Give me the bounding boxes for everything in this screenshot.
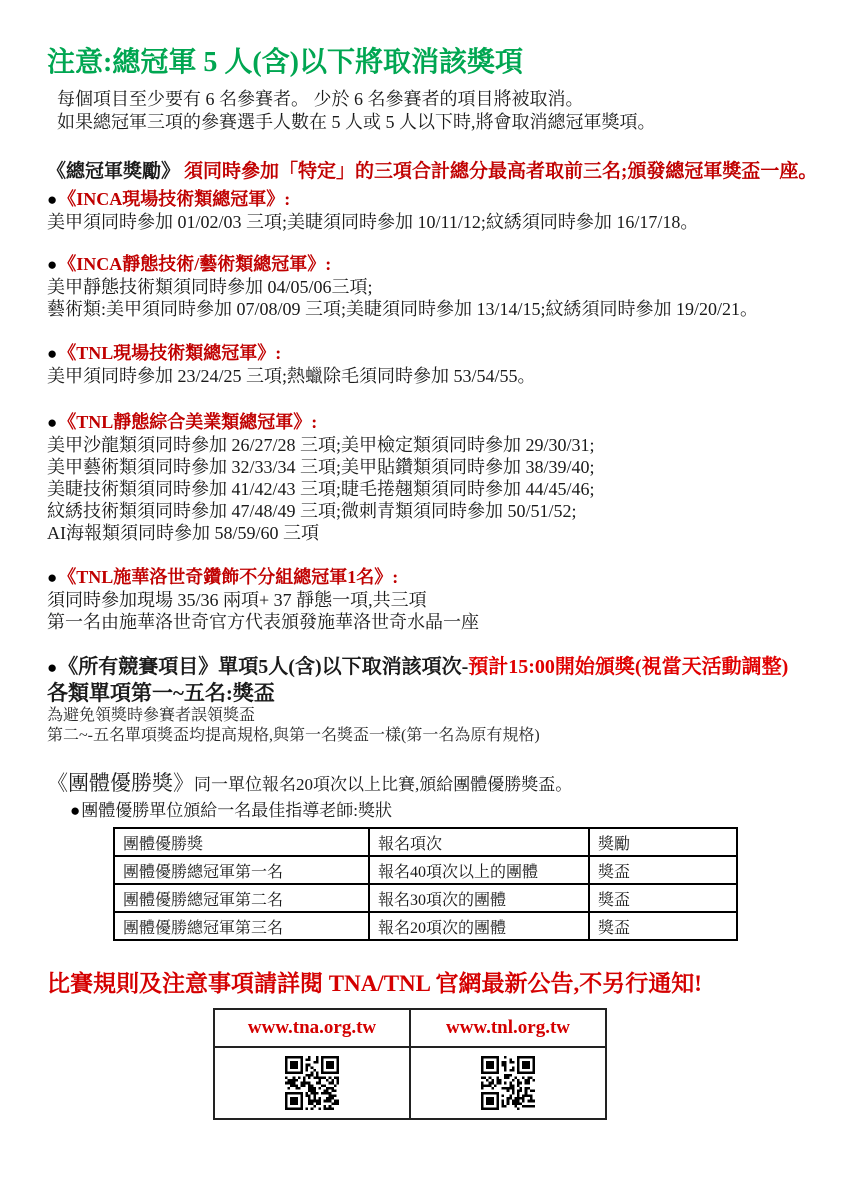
- qr-cell: [214, 1047, 410, 1119]
- bullet-icon: ●: [47, 344, 57, 363]
- table-cell: 團體優勝總冠軍第一名: [114, 856, 369, 884]
- section-heading: 《INCA靜態技術/藝術類總冠軍》:: [58, 254, 331, 274]
- section-line: 藝術類:美甲須同時參加 07/08/09 三項;美睫須同時參加 13/14/15…: [47, 298, 821, 320]
- section-line: 美甲須同時參加 01/02/03 三項;美睫須同時參加 10/11/12;紋綉須…: [47, 211, 821, 233]
- section-line: 紋綉技術類須同時參加 47/48/49 三項;微刺青類須同時參加 50/51/5…: [47, 500, 821, 522]
- bullet-icon: ●: [47, 658, 57, 677]
- section-heading-row: ●《TNL施華洛世奇鑽飾不分組總冠軍1名》:: [47, 566, 821, 589]
- table-header-cell: 團體優勝獎: [114, 828, 369, 856]
- champion-award-line: 《總冠軍獎勵》須同時參加「特定」的三項合計總分最高者取前三名;頒發總冠軍獎盃一座…: [47, 160, 821, 183]
- section-tnl-static-champion: ●《TNL靜態綜合美業類總冠軍》: 美甲沙龍類須同時參加 26/27/28 三項…: [47, 411, 821, 544]
- section-heading-row: ●《INCA靜態技術/藝術類總冠軍》:: [47, 253, 821, 276]
- qr-code-tnl: [412, 1056, 604, 1110]
- single-event-prize-subtitle: 各類單項第一~五名:獎盃: [47, 680, 821, 706]
- section-tnl-swarovski-champion: ●《TNL施華洛世奇鑽飾不分組總冠軍1名》: 須同時參加現場 35/36 兩項+…: [47, 566, 821, 633]
- section-line: 須同時參加現場 35/36 兩項+ 37 靜態一項,共三項: [47, 589, 821, 611]
- champion-award-label: 《總冠軍獎勵》: [47, 161, 180, 182]
- intro-line-2: 如果總冠軍三項的參賽選手人數在 5 人或 5 人以下時,將會取消總冠軍獎項。: [57, 111, 821, 134]
- intro-paragraph: 每個項目至少要有 6 名參賽者。 少於 6 名參賽者的項目將被取消。 如果總冠軍…: [47, 88, 821, 134]
- table-cell: 獎盃: [589, 912, 737, 940]
- section-heading: 《TNL施華洛世奇鑽飾不分組總冠軍1名》:: [58, 567, 398, 587]
- bullet-icon: ●: [47, 413, 57, 432]
- tnl-website-url: www.tnl.org.tw: [410, 1009, 606, 1047]
- prize-note-1: 為避免領獎時參賽者誤領獎盃: [47, 706, 821, 726]
- section-line: 美甲靜態技術類須同時參加 04/05/06三項;: [47, 276, 821, 298]
- all-events-red-text: 預計15:00開始頒獎(視當天活動調整): [468, 656, 788, 678]
- table-cell: 報名30項次的團體: [369, 884, 589, 912]
- team-award-note-text: 團體優勝單位頒給一名最佳指導老師:獎狀: [81, 801, 392, 820]
- page-title: 注意:總冠軍 5 人(含)以下將取消該獎項: [47, 44, 821, 82]
- section-inca-live-champion: ●《INCA現場技術類總冠軍》: 美甲須同時參加 01/02/03 三項;美睫須…: [47, 188, 821, 233]
- table-cell: 團體優勝總冠軍第三名: [114, 912, 369, 940]
- section-heading-row: ●《TNL靜態綜合美業類總冠軍》:: [47, 411, 821, 434]
- website-qr-table: www.tna.org.tw www.tnl.org.tw: [213, 1008, 607, 1120]
- all-events-rule-line: ●《所有競賽項目》單項5人(含)以下取消該項次-預計15:00開始頒獎(視當天活…: [47, 655, 821, 680]
- section-line: AI海報類須同時參加 58/59/60 三項: [47, 522, 821, 544]
- section-heading: 《INCA現場技術類總冠軍》:: [58, 189, 290, 209]
- website-qr-row: [214, 1047, 606, 1119]
- qr-code-tna: [216, 1056, 408, 1110]
- footer-notice: 比賽規則及注意事項請詳閱 TNA/TNL 官網最新公告,不另行通知!: [47, 969, 821, 999]
- bullet-icon: ●: [70, 801, 80, 820]
- table-row: 團體優勝總冠軍第三名 報名20項次的團體 獎盃: [114, 912, 737, 940]
- section-heading-row: ●《INCA現場技術類總冠軍》:: [47, 188, 821, 211]
- section-heading: 《TNL靜態綜合美業類總冠軍》:: [58, 412, 317, 432]
- team-award-note: ●團體優勝單位頒給一名最佳指導老師:獎狀: [47, 799, 821, 823]
- intro-line-1: 每個項目至少要有 6 名參賽者。 少於 6 名參賽者的項目將被取消。: [57, 88, 821, 111]
- document-page: 注意:總冠軍 5 人(含)以下將取消該獎項 每個項目至少要有 6 名參賽者。 少…: [0, 0, 849, 1120]
- champion-award-text: 須同時參加「特定」的三項合計總分最高者取前三名;頒發總冠軍獎盃一座。: [184, 161, 817, 182]
- team-award-table: 團體優勝獎 報名項次 獎勵 團體優勝總冠軍第一名 報名40項次以上的團體 獎盃 …: [113, 827, 738, 941]
- all-events-black-text: 《所有競賽項目》單項5人(含)以下取消該項次-: [58, 656, 468, 678]
- section-line: 美甲須同時參加 23/24/25 三項;熱蠟除毛須同時參加 53/54/55。: [47, 365, 821, 387]
- table-row: 團體優勝總冠軍第二名 報名30項次的團體 獎盃: [114, 884, 737, 912]
- team-award-text: 同一單位報名20項次以上比賽,頒給團體優勝獎盃。: [194, 775, 572, 794]
- tna-website-url: www.tna.org.tw: [214, 1009, 410, 1047]
- section-tnl-live-champion: ●《TNL現場技術類總冠軍》: 美甲須同時參加 23/24/25 三項;熱蠟除毛…: [47, 342, 821, 387]
- website-url-row: www.tna.org.tw www.tnl.org.tw: [214, 1009, 606, 1047]
- table-cell: 報名40項次以上的團體: [369, 856, 589, 884]
- bullet-icon: ●: [47, 255, 57, 274]
- team-award-label: 《團體優勝獎》: [47, 771, 194, 795]
- section-line: 第一名由施華洛世奇官方代表頒發施華洛世奇水晶一座: [47, 611, 821, 633]
- bullet-icon: ●: [47, 568, 57, 587]
- section-line: 美甲藝術類須同時參加 32/33/34 三項;美甲貼鑽類須同時參加 38/39/…: [47, 456, 821, 478]
- section-line: 美甲沙龍類須同時參加 26/27/28 三項;美甲檢定類須同時參加 29/30/…: [47, 434, 821, 456]
- table-header-cell: 獎勵: [589, 828, 737, 856]
- table-cell: 獎盃: [589, 856, 737, 884]
- bullet-icon: ●: [47, 190, 57, 209]
- section-inca-static-champion: ●《INCA靜態技術/藝術類總冠軍》: 美甲靜態技術類須同時參加 04/05/0…: [47, 253, 821, 320]
- team-award-line: 《團體優勝獎》同一單位報名20項次以上比賽,頒給團體優勝獎盃。: [47, 770, 821, 799]
- table-row: 團體優勝總冠軍第一名 報名40項次以上的團體 獎盃: [114, 856, 737, 884]
- table-cell: 報名20項次的團體: [369, 912, 589, 940]
- table-cell: 團體優勝總冠軍第二名: [114, 884, 369, 912]
- table-header-cell: 報名項次: [369, 828, 589, 856]
- section-line: 美睫技術類須同時參加 41/42/43 三項;睫毛捲翹類須同時參加 44/45/…: [47, 478, 821, 500]
- qr-cell: [410, 1047, 606, 1119]
- section-heading-row: ●《TNL現場技術類總冠軍》:: [47, 342, 821, 365]
- section-heading: 《TNL現場技術類總冠軍》:: [58, 343, 281, 363]
- table-header-row: 團體優勝獎 報名項次 獎勵: [114, 828, 737, 856]
- table-cell: 獎盃: [589, 884, 737, 912]
- prize-note-2: 第二~-五名單項獎盃均提高規格,與第一名獎盃一樣(第一名為原有規格): [47, 726, 821, 746]
